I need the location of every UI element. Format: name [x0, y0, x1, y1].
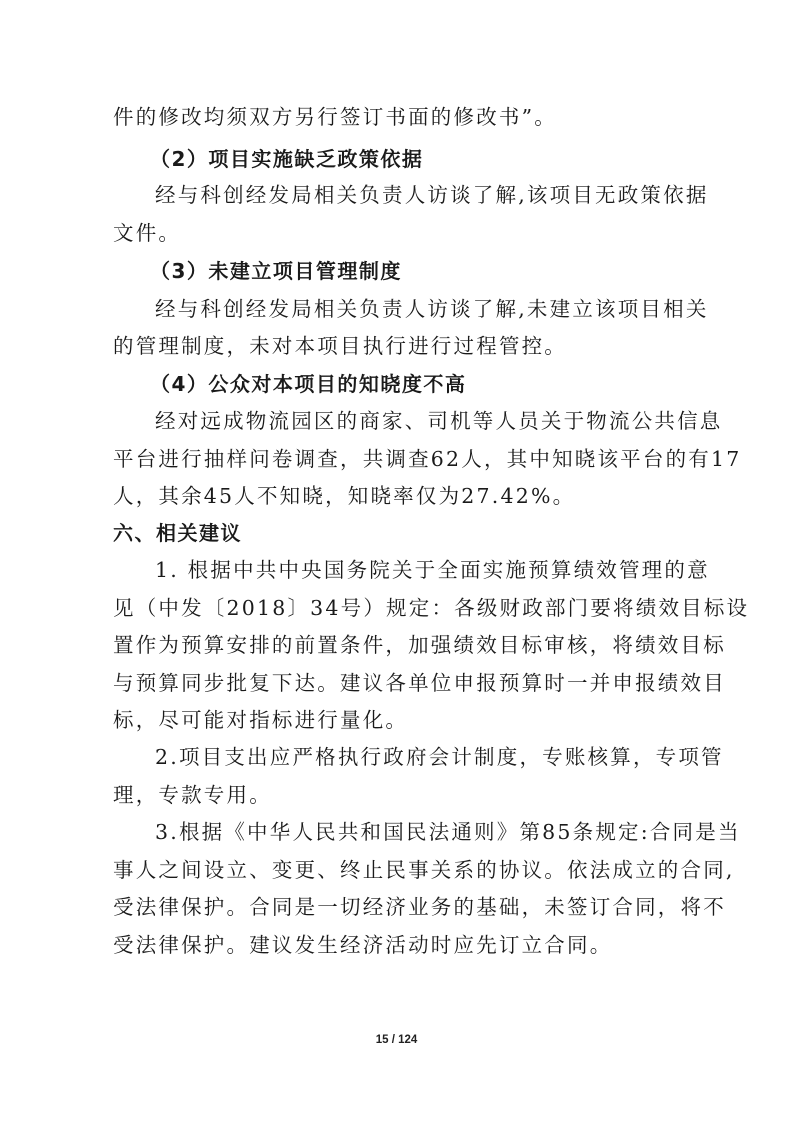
paragraph-line: 标，尽可能对指标进行量化。 — [113, 706, 408, 734]
document-page: 件的修改均须双方另行签订书面的修改书”。 （2）项目实施缺乏政策依据 经与科创经… — [0, 0, 793, 1122]
paragraph-line: 2.项目支出应严格执行政府会计制度，专账核算，专项管 — [155, 743, 724, 771]
paragraph-line: 文件。 — [113, 219, 181, 247]
paragraph-line: 的管理制度，未对本项目执行进行过程管控。 — [113, 332, 567, 360]
paragraph-line: 经与科创经发局相关负责人访谈了解,未建立该项目相关 — [155, 295, 709, 323]
paragraph-line: 经对远成物流园区的商家、司机等人员关于物流公共信息 — [155, 407, 723, 435]
paragraph-line: 3.根据《中华人民共和国民法通则》第85条规定:合同是当 — [155, 818, 741, 846]
paragraph-line: 受法律保护。建议发生经济活动时应先订立合同。 — [113, 931, 612, 959]
paragraph-line: 见（中发〔2018〕34号）规定：各级财政部门要将绩效目标设 — [113, 594, 749, 622]
paragraph-line: 置作为预算安排的前置条件，加强绩效目标审核，将绩效目标 — [113, 631, 726, 659]
paragraph-line: 人，其余45人不知晓，知晓率仅为27.42%。 — [113, 482, 575, 510]
section-heading-3: （3）未建立项目管理制度 — [150, 257, 402, 285]
paragraph-line: 与预算同步批复下达。建议各单位申报预算时一并申报绩效目 — [113, 669, 726, 697]
paragraph-line: 件的修改均须双方另行签订书面的修改书”。 — [113, 103, 557, 131]
page-number: 15 / 124 — [0, 1034, 793, 1046]
paragraph-line: 经与科创经发局相关负责人访谈了解,该项目无政策依据 — [155, 181, 709, 209]
section-heading-4: （4）公众对本项目的知晓度不高 — [150, 370, 466, 398]
paragraph-line: 1. 根据中共中央国务院关于全面实施预算绩效管理的意 — [155, 556, 710, 584]
paragraph-line: 平台进行抽样问卷调查，共调查62人，其中知晓该平台的有17 — [113, 445, 741, 473]
chapter-heading: 六、相关建议 — [113, 519, 242, 547]
paragraph-line: 受法律保护。合同是一切经济业务的基础，未签订合同，将不 — [113, 893, 726, 921]
section-heading-2: （2）项目实施缺乏政策依据 — [150, 145, 423, 173]
paragraph-line: 理，专款专用。 — [113, 781, 272, 809]
paragraph-line: 事人之间设立、变更、终止民事关系的协议。依法成立的合同, — [113, 856, 735, 884]
